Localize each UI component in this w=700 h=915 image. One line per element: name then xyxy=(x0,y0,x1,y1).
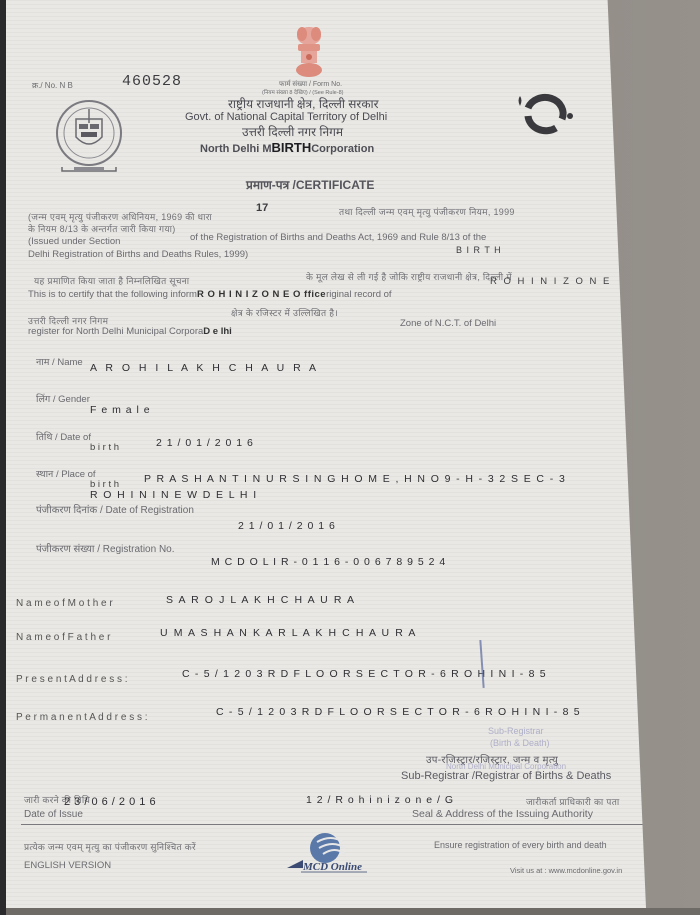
register-english: register for North Delhi Municipal Corpo… xyxy=(28,326,232,337)
certificate-title: प्रमाण-पत्र /CERTIFICATE xyxy=(246,176,374,193)
slogan-hindi: प्रत्येक जन्म एवम् मृत्यु का पंजीकरण सुन… xyxy=(24,840,196,853)
footer-divider xyxy=(21,824,651,825)
father-label: N a m e o f F a t h e r xyxy=(16,632,110,643)
certify-overprint: R O H I N I Z O N E O ffice xyxy=(197,289,326,300)
corp-prefix: North Delhi M xyxy=(200,143,272,155)
preamble-english-1-right: of the Registration of Births and Deaths… xyxy=(190,232,486,243)
gender-label: लिंग / Gender xyxy=(36,392,90,405)
registrar-english: Sub-Registrar /Registrar of Births & Dea… xyxy=(401,770,611,782)
english-version: ENGLISH VERSION xyxy=(24,860,111,871)
pob-value-2: R O H I N I N E W D E L H I xyxy=(90,489,258,501)
zone-suffix: Zone of N.C.T. of Delhi xyxy=(400,318,496,329)
pob-value-1: P R A S H A N T I N U R S I N G H O M E … xyxy=(144,473,566,485)
register-overprint: D e lhi xyxy=(203,326,232,337)
slogan-english: Ensure registration of every birth and d… xyxy=(434,840,607,850)
permanent-address-value: C - 5 / 1 2 0 3 R D F L O O R S E C T O … xyxy=(216,706,581,718)
dob-label-birth: b i r t h xyxy=(90,442,119,453)
photo-edge xyxy=(0,0,6,915)
corp-english: North Delhi MBIRTHCorporation xyxy=(200,140,374,155)
preamble-english-1: (Issued under Section xyxy=(28,236,120,247)
dob-value: 2 1 / 0 1 / 2 0 1 6 xyxy=(156,437,254,449)
register-hindi-right: क्षेत्र के रजिस्टर में उल्लिखित है। xyxy=(231,306,338,319)
issue-date-label: Date of Issue xyxy=(24,809,83,820)
dob-label: तिथि / Date of xyxy=(36,430,91,443)
event-type: B I R T H xyxy=(456,245,502,255)
mcd-online-logo-icon: MCD Online xyxy=(283,830,378,878)
name-value: A R O H I L A K H C H A U R A xyxy=(90,362,319,374)
zone-name: R O H I N I Z O N E xyxy=(490,276,611,287)
corp-overprint: BIRTH xyxy=(272,140,312,155)
corp-hindi: उत्तरी दिल्ली नगर निगम xyxy=(242,123,343,140)
swachh-ring-logo-icon xyxy=(514,88,576,136)
preamble-english-2: Delhi Registration of Births and Deaths … xyxy=(28,249,248,260)
govt-english: Govt. of National Capital Territory of D… xyxy=(185,111,387,123)
reg-no-value: M C D O L I R - 0 1 1 6 - 0 0 6 7 8 9 5 … xyxy=(211,556,446,568)
mcd-seal-icon xyxy=(48,95,130,177)
issuing-authority-hindi: जारीकर्ता प्राधिकारी का पता xyxy=(526,795,620,808)
reg-date-label: पंजीकरण दिनांक / Date of Registration xyxy=(36,502,194,516)
certify-hindi-right: के मूल लेख से ली गई है जोकि राष्ट्रीय रा… xyxy=(306,270,512,283)
issue-date-value: 2 3 / 0 6 / 2 0 1 6 xyxy=(64,796,156,808)
serial-number: 460528 xyxy=(122,73,182,90)
present-address-label: P r e s e n t A d d r e s s : xyxy=(16,674,128,685)
register-english-text: register for North Delhi Municipal Corpo… xyxy=(28,326,203,337)
background-bottom xyxy=(6,908,700,915)
national-emblem-icon xyxy=(289,24,329,78)
section-number: 17 xyxy=(256,202,268,214)
father-value: U M A S H A N K A R L A K H C H A U R A xyxy=(160,627,417,639)
permanent-address-label: P e r m a n e n t A d d r e s s : xyxy=(16,712,148,723)
birth-certificate: क्र./ No. N B 460528 फार्म संख्या / Form… xyxy=(6,0,646,908)
mother-value: S A R O J L A K H C H A U R A xyxy=(166,594,356,606)
stamp-line-1: Sub-Registrar xyxy=(488,726,544,736)
signature-stroke xyxy=(479,640,484,688)
pob-label: स्थान / Place of xyxy=(36,467,96,480)
present-address-value: C - 5 / 1 2 0 3 R D F L O O R S E C T O … xyxy=(182,668,547,680)
issuing-authority-value: 1 2 / R o h i n i z o n e / G xyxy=(306,794,454,806)
govt-hindi: राष्ट्रीय राजधानी क्षेत्र, दिल्ली सरकार xyxy=(228,95,379,112)
issuing-authority-label: Seal & Address of the Issuing Authority xyxy=(412,808,593,820)
mother-label: N a m e o f M o t h e r xyxy=(16,598,113,609)
reg-date-value: 2 1 / 0 1 / 2 0 1 6 xyxy=(238,520,336,532)
serial-label: क्र./ No. N B xyxy=(32,80,73,91)
mcd-online-text: MCD Online xyxy=(302,861,362,873)
certify-english: This is to certify that the following in… xyxy=(28,289,392,300)
certify-hindi-left: यह प्रमाणित किया जाता है निम्नलिखित सूचन… xyxy=(34,274,189,287)
corp-suffix: Corporation xyxy=(311,143,374,155)
preamble-hindi-1-right: तथा दिल्ली जन्म एवम् मृत्यु पंजीकरण नियम… xyxy=(339,205,515,218)
name-label: नाम / Name xyxy=(36,355,83,368)
certify-english-right: riginal record of xyxy=(326,289,391,300)
website-link[interactable]: Visit us at : www.mcdonline.gov.in xyxy=(510,866,622,875)
stamp-line-2: (Birth & Death) xyxy=(490,738,550,748)
reg-no-label: पंजीकरण संख्या / Registration No. xyxy=(36,541,175,555)
preamble-hindi-2: के नियम 8/13 के अन्तर्गत जारी किया गया) xyxy=(28,222,176,235)
gender-value: F e m a l e xyxy=(90,404,151,416)
certify-english-left: This is to certify that the following in… xyxy=(28,289,197,300)
